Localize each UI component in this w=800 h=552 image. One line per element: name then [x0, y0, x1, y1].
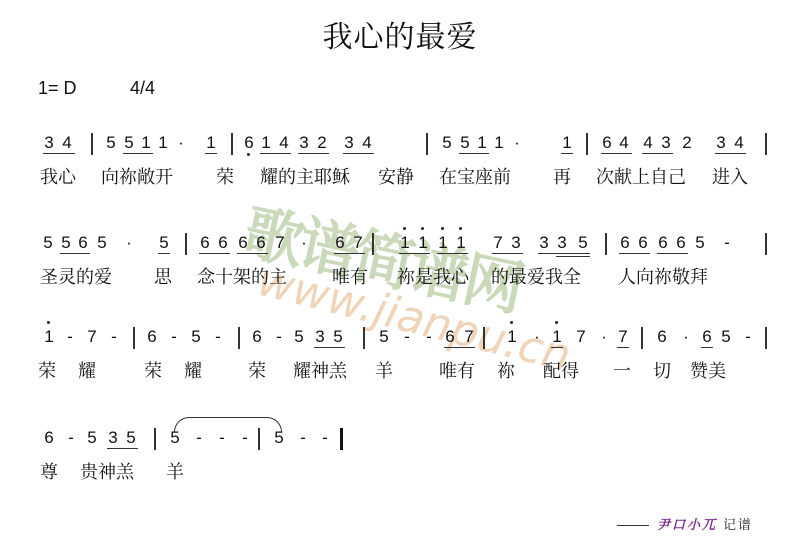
notation-line: 1-7- 6-5- 6-535 5--67 1·17·7 6·65- — [0, 327, 800, 351]
key-signature: 1= D — [38, 78, 77, 98]
lyrics-line: 尊 贵神羔 羊 — [0, 458, 800, 484]
time-signature: 4/4 — [130, 78, 155, 99]
lyrics-line: 我心 向祢敞开 荣 耀的主耶稣 安静 在宝座前 再 次献上自己 进入 — [0, 163, 800, 189]
song-title: 我心的最爱 — [0, 12, 800, 56]
lyrics-line: 荣 耀 荣 耀 荣 耀神羔 羊 唯有 祢 配得 一 切 赞美 — [0, 357, 800, 383]
transcriber-credit: 尹口小兀记谱 — [617, 514, 753, 533]
notation-line: 5565·5 66667·67 1111 73335 66665- — [0, 233, 800, 257]
transcriber-name: 尹口小兀 — [657, 518, 717, 533]
lyrics-line: 圣灵的爱 思 念十架的主 唯有 祢是我心 的最爱我全 人向祢敬拜 — [0, 263, 800, 289]
notation-line: 6-535 5--- 5-- — [0, 428, 800, 452]
credit-dash — [617, 525, 649, 526]
credit-note: 记谱 — [723, 518, 753, 533]
notation-line: 34 5511·1 6143234 5511·1 6443234 — [0, 133, 800, 157]
song-meta: 1= D 4/4 — [38, 78, 77, 99]
